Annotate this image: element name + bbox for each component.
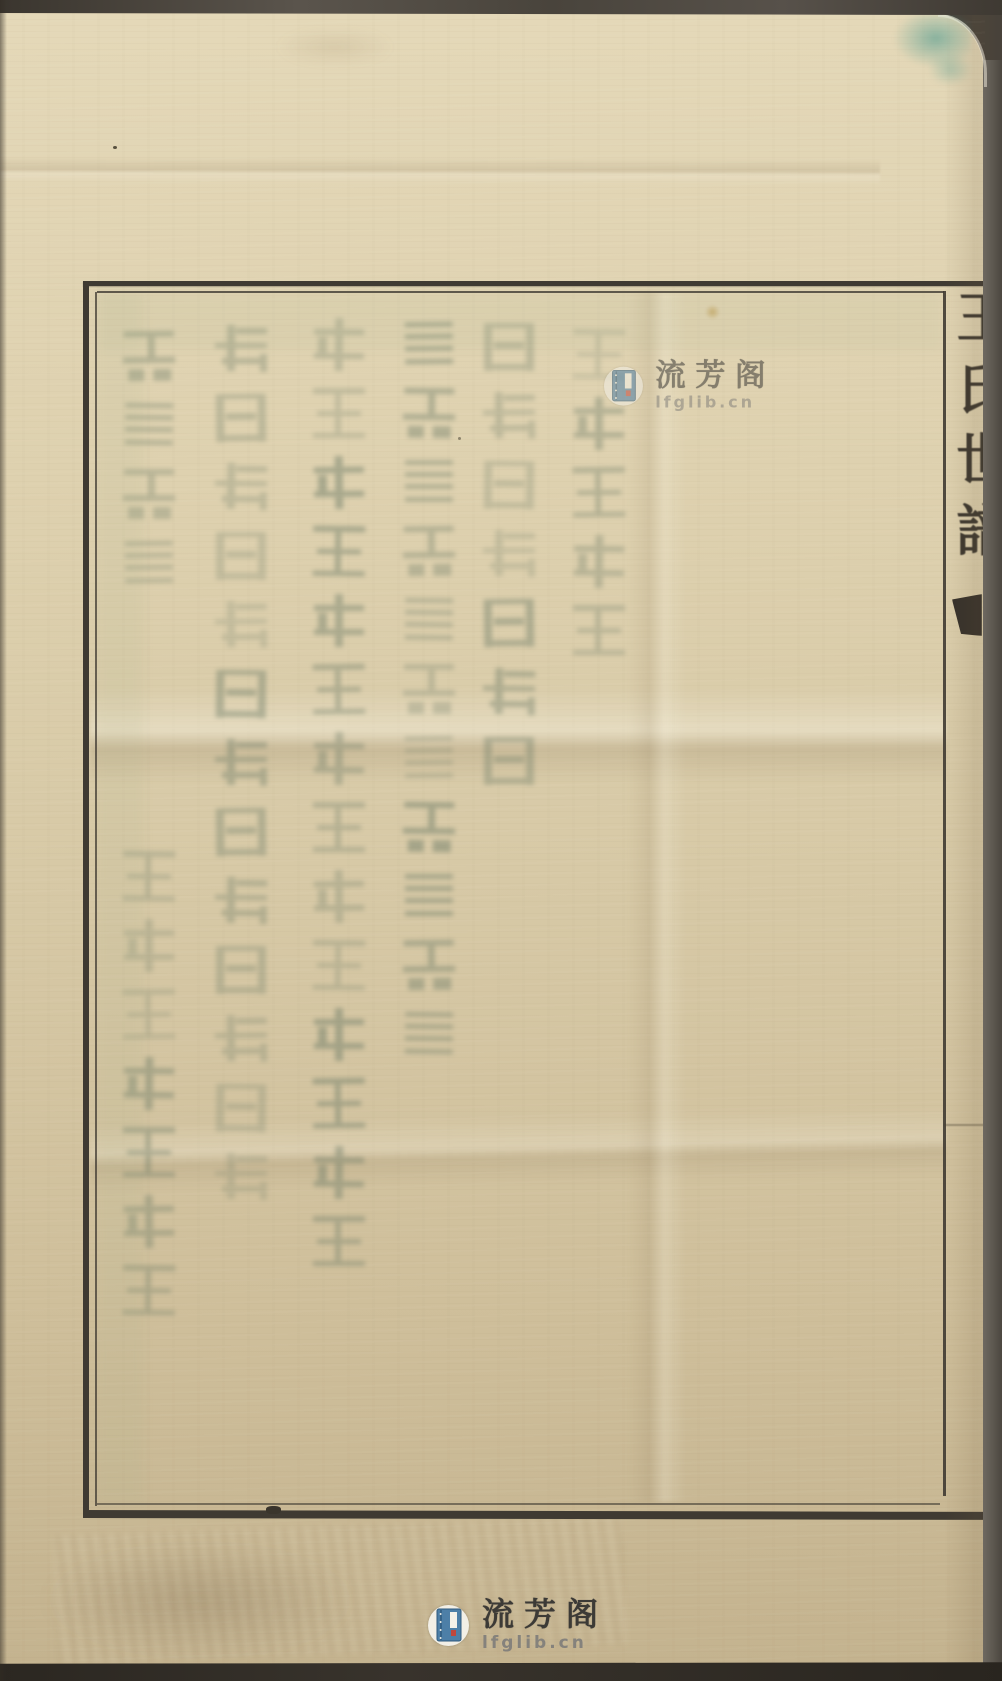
frame-border-top-inner [97,291,944,293]
photo-right-edge [983,60,1002,1670]
watermark-text: 流芳阁 lfglib.cn [655,360,775,411]
watermark-bottom: 流芳阁 lfglib.cn [428,1598,608,1652]
brand-name: 流芳阁 [482,1598,608,1630]
frame-border-left-inner [95,292,97,1506]
watermark-text: 流芳阁 lfglib.cn [482,1598,608,1652]
photo-left-edge [0,0,7,1681]
frame-border-bottom-inner [97,1503,940,1505]
book-icon [611,370,636,402]
photo-bottom-edge [0,1662,1002,1681]
book-icon [436,1608,462,1642]
brand-url: lfglib.cn [482,1635,608,1652]
watermark-top-right: 流芳阁 lfglib.cn [604,360,775,411]
paper-sheet [0,13,985,1665]
frame-border-top-outer [83,281,1002,286]
spine-margin-line [944,1124,984,1126]
watermark-badge [604,366,643,405]
photo-top-edge [0,0,1002,15]
frame-border-left-outer [83,282,89,1510]
watermark-badge [428,1605,469,1646]
scanned-book-page: 王氏世譜 流芳阁 lfglib.cn [0,0,1002,1681]
frame-border-right [943,291,946,1496]
page-corner-fold [938,14,987,87]
brand-url: lfglib.cn [655,395,775,411]
brand-name: 流芳阁 [655,360,775,390]
